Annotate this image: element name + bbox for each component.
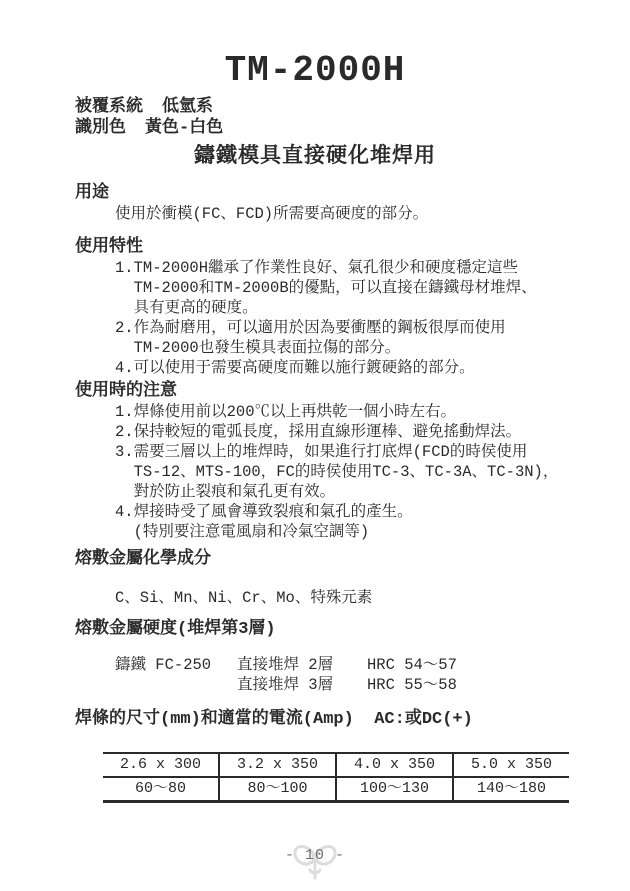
- numbered-list: 1. TM-2000H繼承了作業性良好、氣孔很少和硬度穩定這些 TM-2000和…: [75, 258, 595, 378]
- item-text: TM-2000H繼承了作業性良好、氣孔很少和硬度穩定這些 TM-2000和TM-…: [134, 258, 537, 318]
- section-usage: 用途 使用於衝模(FC、FCD)所需要高硬度的部分。: [75, 184, 595, 224]
- spec-value: 低氫系: [162, 97, 213, 118]
- item-text: 需要三層以上的堆焊時，如果進行打底焊(FCD的時侯使用 TS-12、MTS-10…: [134, 442, 559, 502]
- item-text: 保持較短的電弧長度，採用直線形運棒、避免搖動焊法。: [134, 422, 522, 442]
- page-footer: - 10 -: [0, 840, 630, 890]
- section-body: C、Si、Mn、Ni、Cr、Mo、特殊元素: [75, 588, 595, 608]
- section-heading: 使用特性: [75, 238, 595, 258]
- item-text: 可以使用于需要高硬度而難以施行鍍硬鉻的部分。: [134, 358, 475, 378]
- section-heading: 使用時的注意: [75, 382, 595, 402]
- section-heading: 熔敷金屬化學成分: [75, 550, 595, 570]
- item-text: 焊條使用前以200℃以上再烘乾一個小時左右。: [134, 402, 456, 422]
- product-subtitle: 鑄鐵模具直接硬化堆焊用: [0, 139, 630, 169]
- item-text: 焊接時受了風會導致裂痕和氣孔的產生。 (特別要注意電風扇和冷氣空調等): [134, 502, 413, 542]
- table-cell-size: 5.0 x 350: [454, 754, 569, 776]
- hardness-method: 直接堆焊 3層: [237, 675, 367, 695]
- spec-label: 識別色: [75, 118, 126, 139]
- spec-row-coating-system: 被覆系統 低氫系: [75, 97, 223, 118]
- table-cell-size: 3.2 x 350: [220, 754, 337, 776]
- list-item: 3. 需要三層以上的堆焊時，如果進行打底焊(FCD的時侯使用 TS-12、MTS…: [115, 442, 595, 502]
- table-row-sizes: 2.6 x 300 3.2 x 350 4.0 x 350 5.0 x 350: [103, 754, 569, 778]
- item-number: 1.: [115, 258, 134, 318]
- hardness-material-spacer: [115, 675, 237, 695]
- datasheet-page: TM-2000H 被覆系統 低氫系 識別色 黃色-白色 鑄鐵模具直接硬化堆焊用 …: [0, 0, 630, 891]
- spec-label: 被覆系統: [75, 97, 143, 118]
- section-hardness: 熔敷金屬硬度(堆焊第3層) 鑄鐵 FC-250 直接堆焊 2層 HRC 54～5…: [75, 620, 595, 695]
- hardness-value: HRC 55～58: [367, 675, 595, 695]
- item-number: 1.: [115, 402, 134, 422]
- item-number: 2.: [115, 318, 134, 358]
- item-number: 4.: [115, 502, 134, 542]
- section-heading: 熔敷金屬硬度(堆焊第3層): [75, 620, 595, 640]
- item-number: 3.: [115, 442, 134, 502]
- section-body: 使用於衝模(FC、FCD)所需要高硬度的部分。: [75, 204, 595, 224]
- product-title: TM-2000H: [0, 50, 630, 91]
- hardness-value: HRC 54～57: [367, 655, 595, 675]
- hardness-material: 鑄鐵 FC-250: [115, 655, 237, 675]
- section-heading: 焊條的尺寸(mm)和適當的電流(Amp) AC:或DC(+): [75, 710, 595, 730]
- list-item: 4. 焊接時受了風會導致裂痕和氣孔的產生。 (特別要注意電風扇和冷氣空調等): [115, 502, 595, 542]
- table-cell-size: 2.6 x 300: [103, 754, 220, 776]
- section-chemical-composition: 熔敷金屬化學成分 C、Si、Mn、Ni、Cr、Mo、特殊元素: [75, 550, 595, 608]
- list-item: 1. 焊條使用前以200℃以上再烘乾一個小時左右。: [115, 402, 595, 422]
- table-cell-current: 60～80: [103, 778, 220, 800]
- table-cell-current: 140～180: [454, 778, 569, 800]
- spec-list: 被覆系統 低氫系 識別色 黃色-白色: [75, 97, 223, 139]
- numbered-list: 1. 焊條使用前以200℃以上再烘乾一個小時左右。 2. 保持較短的電弧長度，採…: [75, 402, 595, 542]
- section-heading: 用途: [75, 184, 595, 204]
- hardness-method: 直接堆焊 2層: [237, 655, 367, 675]
- section-characteristics: 使用特性 1. TM-2000H繼承了作業性良好、氣孔很少和硬度穩定這些 TM-…: [75, 238, 595, 378]
- table-cell-current: 80～100: [220, 778, 337, 800]
- item-text: 作為耐磨用，可以適用於因為要衝壓的鋼板很厚而使用 TM-2000也發生模具表面拉…: [134, 318, 506, 358]
- table-cell-current: 100～130: [337, 778, 454, 800]
- section-size-current: 焊條的尺寸(mm)和適當的電流(Amp) AC:或DC(+): [75, 710, 595, 730]
- table-row-currents: 60～80 80～100 100～130 140～180: [103, 778, 569, 803]
- list-item: 1. TM-2000H繼承了作業性良好、氣孔很少和硬度穩定這些 TM-2000和…: [115, 258, 595, 318]
- page-number: - 10 -: [285, 847, 345, 890]
- item-number: 4.: [115, 358, 134, 378]
- hardness-grid: 鑄鐵 FC-250 直接堆焊 2層 HRC 54～57 直接堆焊 3層 HRC …: [75, 655, 595, 695]
- item-number: 2.: [115, 422, 134, 442]
- list-item: 2. 保持較短的電弧長度，採用直線形運棒、避免搖動焊法。: [115, 422, 595, 442]
- list-item: 2. 作為耐磨用，可以適用於因為要衝壓的鋼板很厚而使用 TM-2000也發生模具…: [115, 318, 595, 358]
- spec-value: 黃色-白色: [145, 118, 223, 139]
- table-cell-size: 4.0 x 350: [337, 754, 454, 776]
- list-item: 4. 可以使用于需要高硬度而難以施行鍍硬鉻的部分。: [115, 358, 595, 378]
- section-precautions: 使用時的注意 1. 焊條使用前以200℃以上再烘乾一個小時左右。 2. 保持較短…: [75, 382, 595, 542]
- spec-row-identification-color: 識別色 黃色-白色: [75, 118, 223, 139]
- size-current-table: 2.6 x 300 3.2 x 350 4.0 x 350 5.0 x 350 …: [103, 752, 569, 803]
